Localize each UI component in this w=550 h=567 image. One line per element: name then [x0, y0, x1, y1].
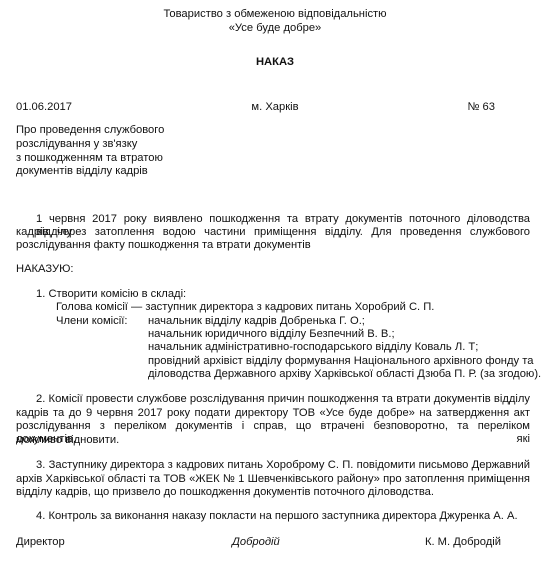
- item2-line: кадрів та до 9 червня 2017 року подати д…: [16, 407, 530, 420]
- item3-line: 3. Заступнику директора з кадрових питан…: [36, 459, 530, 472]
- preamble-line: розслідування факту пошкодження та втрат…: [16, 239, 311, 252]
- item2-line: 2. Комісії провести службове розслідуван…: [36, 393, 530, 406]
- signature: Добродій: [232, 536, 280, 549]
- item3-line: відділу кадрів, що призвело до пошкоджен…: [16, 486, 434, 499]
- item3-line: архів Харківської області та ТОВ «ЖЕК № …: [16, 473, 530, 486]
- item2-line: можливо відновити.: [16, 434, 119, 447]
- document-title: НАКАЗ: [0, 56, 550, 69]
- commission-member: начальник адміністративно-господарського…: [148, 341, 478, 354]
- commission-chair: Голова комісії — заступник директора з к…: [56, 301, 434, 314]
- order-heading: НАКАЗУЮ:: [16, 263, 74, 276]
- subject-line: Про проведення службового: [16, 124, 164, 137]
- subject-line: розслідування у зв'язку: [16, 138, 137, 151]
- commission-member: діловодства Державного архіву Харківсько…: [148, 368, 541, 381]
- item1-title: 1. Створити комісію в складі:: [36, 288, 186, 301]
- item4-line: 4. Контроль за виконання наказу покласти…: [36, 510, 518, 523]
- commission-member: провідний архівіст відділу формування На…: [148, 355, 533, 368]
- document-number: № 63: [467, 101, 495, 114]
- commission-members-label: Члени комісії:: [56, 315, 127, 328]
- subject-line: з пошкодженням та втратою: [16, 152, 163, 165]
- subject-line: документів відділу кадрів: [16, 165, 148, 178]
- preamble-line: кадрів через затоплення водою частини пр…: [16, 226, 530, 239]
- signatory-name: К. М. Добродій: [425, 536, 501, 549]
- organization-name-line1: Товариство з обмеженою відповідальністю: [0, 8, 550, 21]
- commission-member: начальник юридичного відділу Безпечний В…: [148, 328, 395, 341]
- signatory-position: Директор: [16, 536, 65, 549]
- organization-name-line2: «Усе буде добре»: [0, 22, 550, 35]
- commission-member: начальник відділу кадрів Добренька Г. О.…: [148, 315, 365, 328]
